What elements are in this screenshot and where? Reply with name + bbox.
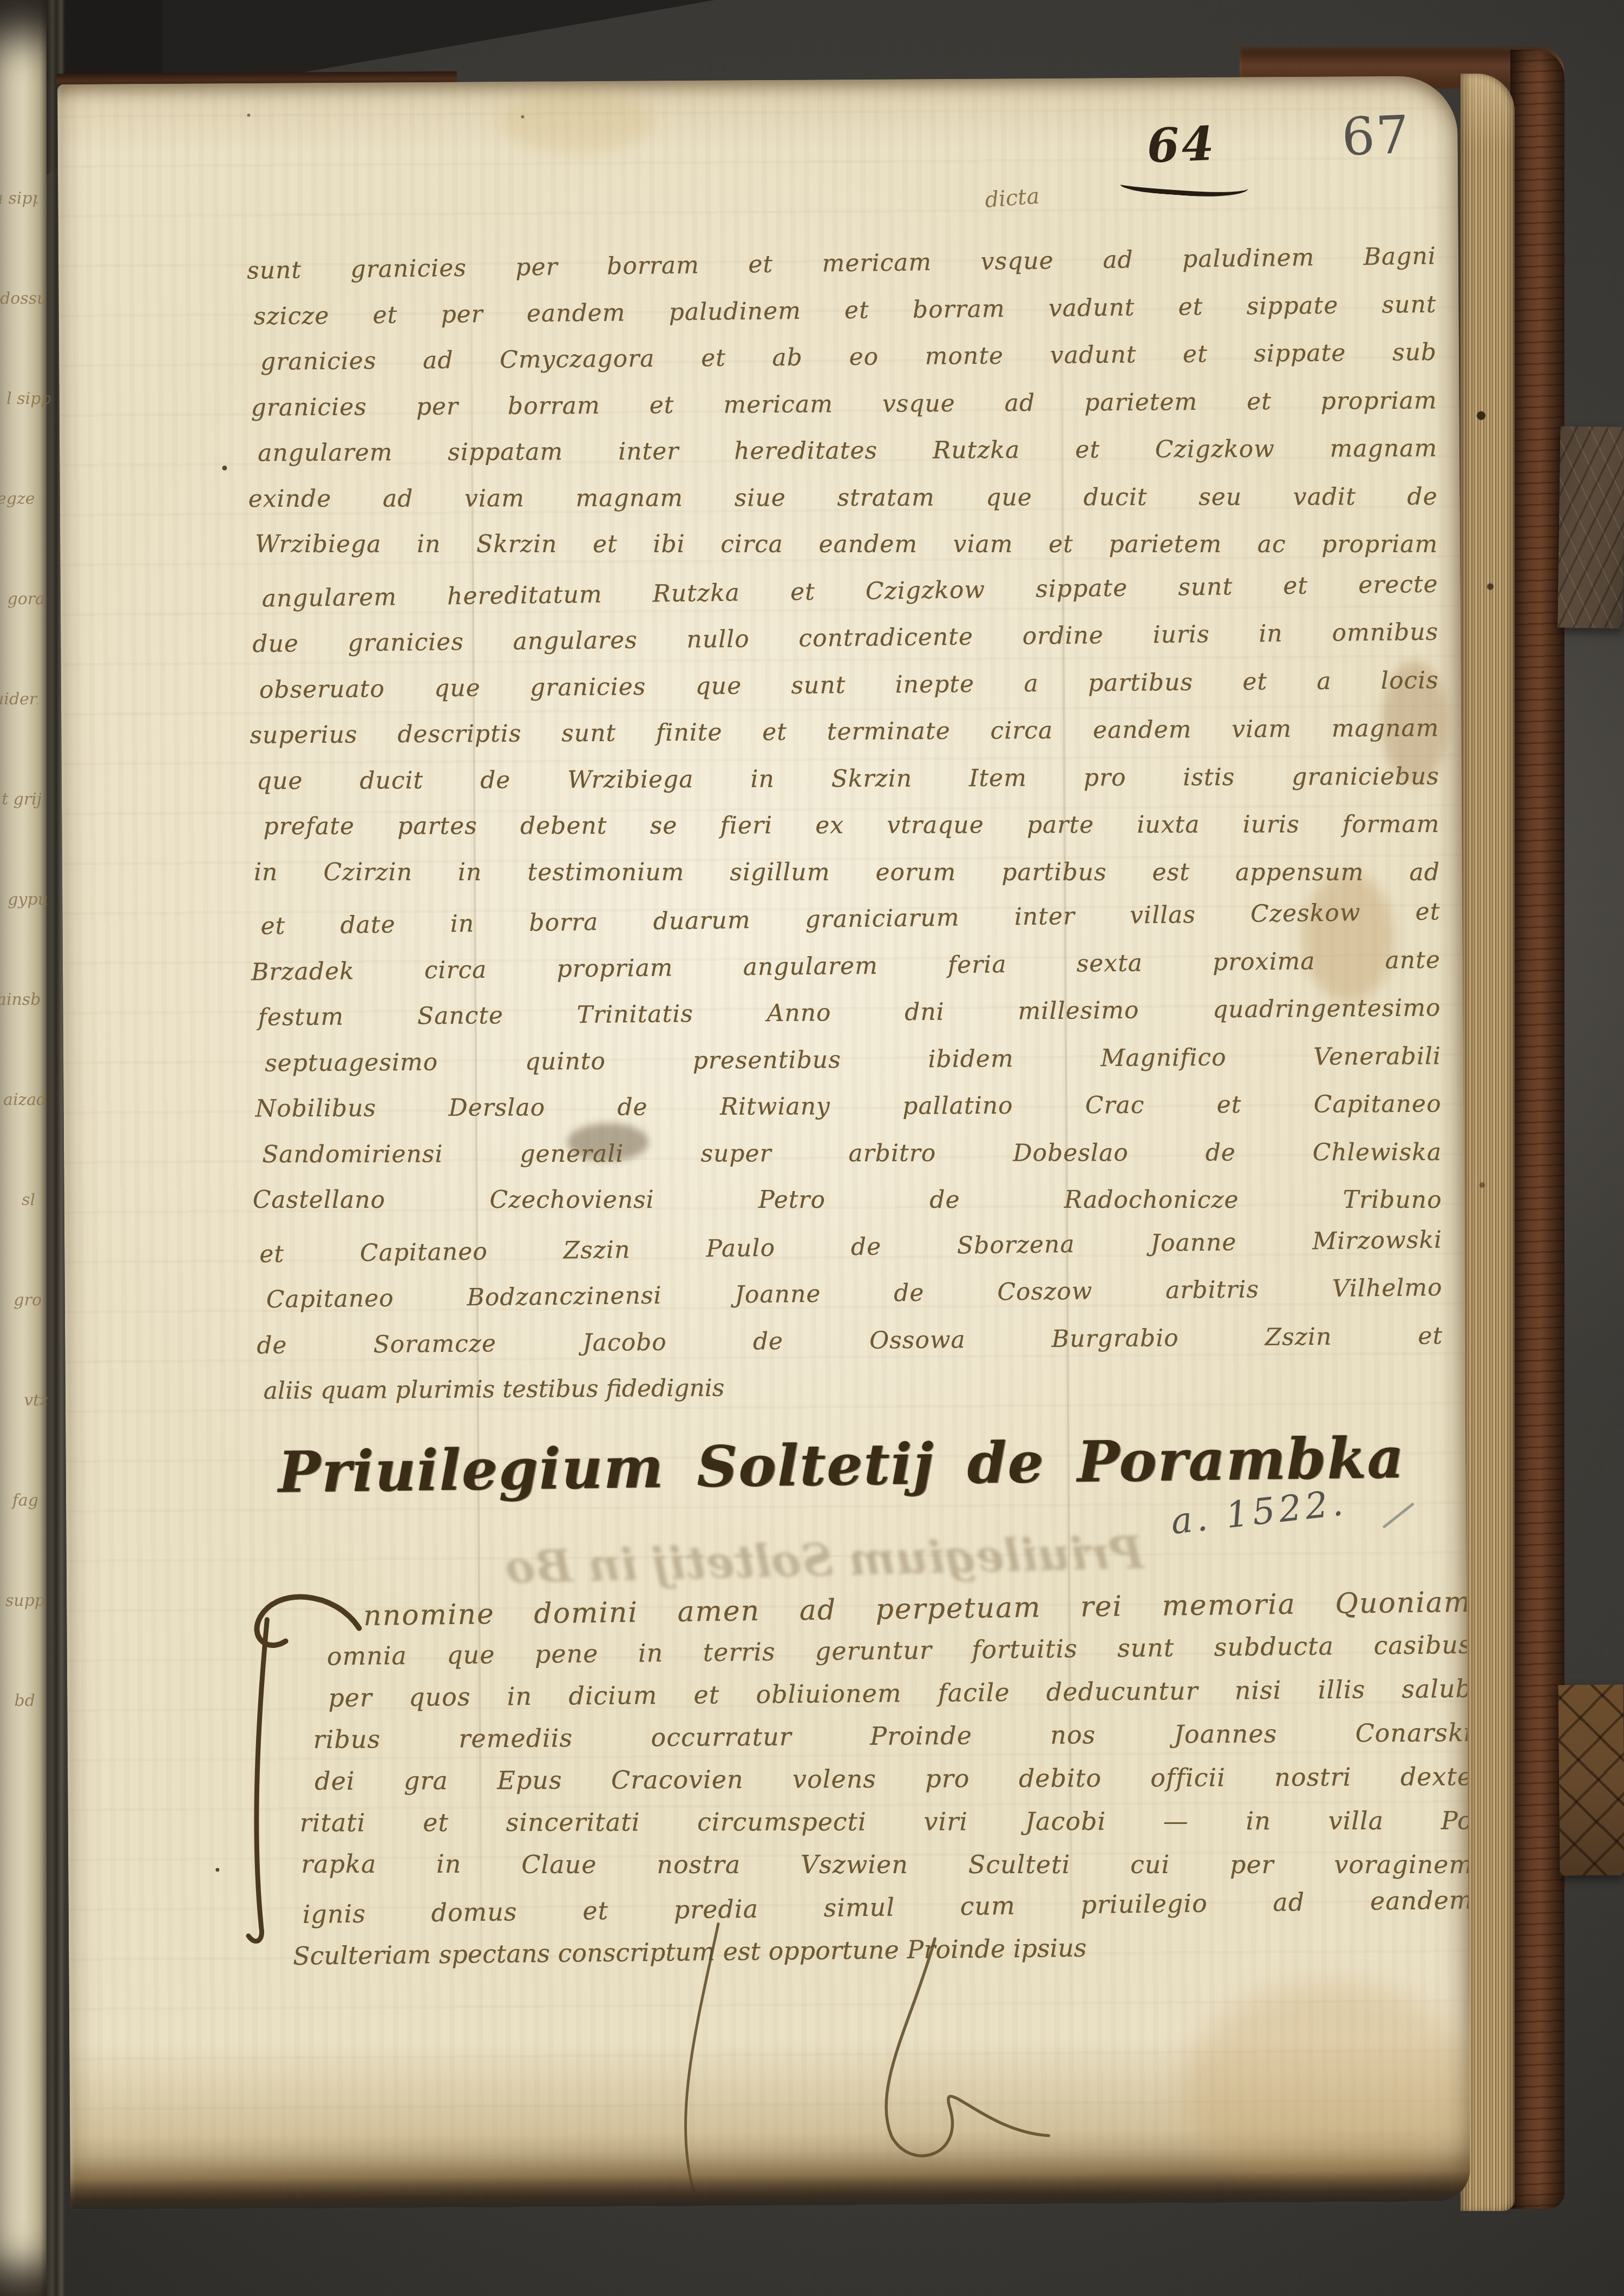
manuscript-line: angularem sippatam inter hereditates Rut…	[258, 437, 1437, 466]
facing-page-fragment: t grij	[0, 790, 44, 809]
manuscript-line: obseruato que granicies que sunt inepte …	[259, 669, 1439, 702]
facing-page-text-fragments: a sippaledossuml sippaleegze thgorauider…	[0, 189, 47, 2030]
facing-page-fragment: gypu	[6, 891, 51, 910]
manuscript-line: Capitaneo Bodzanczinensi Joanne de Coszo…	[266, 1276, 1443, 1312]
manuscript-line: Nobilibus Derslao de Ritwiany pallatino …	[256, 1093, 1442, 1121]
binding-strap-upper	[1557, 426, 1624, 629]
manuscript-line: septuagesimo quinto presentibus ibidem M…	[265, 1044, 1441, 1075]
manuscript-line: granicies per borram et mericam vsque ad…	[251, 389, 1437, 420]
facing-page-fragment: a sippale	[0, 189, 38, 208]
facing-page-fragment: ainsb	[0, 991, 41, 1009]
facing-page-fragment: dossum	[0, 290, 44, 308]
facing-page-fragment: gora	[3, 590, 48, 609]
text-block-boundary-record: sunt granicies per borram et mericam vsq…	[253, 248, 1444, 1479]
manuscript-line: szicze et per eandem paludinem et borram…	[253, 292, 1436, 328]
folio-number-ink: 64	[1146, 116, 1217, 174]
facing-page-fragment: egze th	[0, 490, 41, 508]
digitized-manuscript-photo: a sippaledossuml sippaleegze thgorauider…	[0, 0, 1624, 2296]
facing-page-sliver: a sippaledossuml sippaleegze thgorauider…	[0, 0, 47, 2296]
facing-page-fragment: supp	[3, 1592, 48, 1611]
ink-dot	[222, 466, 227, 470]
manuscript-line: Brzadek circa propriam angularem feria s…	[251, 948, 1440, 984]
manuscript-line: granicies ad Cmyczagora et ab eo monte v…	[260, 341, 1437, 374]
manuscript-line: in Czirzin in testimonium sigillum eorum…	[254, 860, 1440, 884]
manuscript-line: et date in borra duarum graniciarum inte…	[260, 900, 1440, 939]
facing-page-fragment: fag	[0, 1492, 41, 1510]
facing-page-fragment: sl	[0, 1191, 38, 1209]
fore-edge-page-stack	[1461, 74, 1515, 2211]
manuscript-line: aliis quam plurimis testibus fidedignis	[264, 1372, 1443, 1403]
manuscript-line: omnia que pene in terris geruntur fortui…	[327, 1632, 1470, 1669]
catchword-note: dicta	[984, 184, 1040, 213]
manuscript-line: due granicies angulares nullo contradice…	[252, 620, 1438, 657]
facing-page-fragment: l sippale	[6, 390, 51, 408]
facing-page-fragment: vtz	[6, 1391, 51, 1410]
folio-number-pencil: 67	[1340, 104, 1411, 168]
ink-dot	[521, 115, 524, 119]
ink-dot	[247, 114, 250, 117]
facing-page-fragment: bd	[0, 1692, 38, 1710]
leather-cover-right-edge	[1510, 50, 1564, 2209]
manuscript-line: prefate partes debent se fieri ex vtraqu…	[263, 813, 1439, 839]
facing-page-fragment: uiderz	[0, 690, 38, 709]
manuscript-page: 64 67 dicta sunt granicies per borram et…	[57, 76, 1470, 2210]
facing-page-fragment: gro	[0, 1291, 44, 1310]
manuscript-line: ribus remediis occurratur Proinde nos Jo…	[313, 1720, 1470, 1752]
manuscript-line: que ducit de Wrzibiega in Skrzin Item pr…	[257, 764, 1439, 793]
manuscript-line: de Soramcze Jacobo de Ossowa Burgrabio Z…	[257, 1324, 1443, 1358]
manuscript-line: Sandomiriensi generali super arbitro Dob…	[262, 1140, 1442, 1166]
manuscript-line: Wrzibiega in Skrzin et ibi circa eandem …	[255, 533, 1438, 557]
manuscript-line: et Capitaneo Zszin Paulo de Sborzena Joa…	[259, 1228, 1442, 1266]
burnt-bottom-edge	[70, 2150, 1470, 2210]
manuscript-line: angularem hereditatum Rutzka et Czigzkow…	[262, 572, 1438, 611]
manuscript-line: exinde ad viam magnam siue stratam que d…	[248, 485, 1438, 511]
manuscript-line: Castellano Czechoviensi Petro de Radocho…	[253, 1188, 1442, 1212]
binding-strap-lower	[1558, 1684, 1624, 1875]
manuscript-line: ritati et sinceritati circumspecti viri …	[300, 1808, 1470, 1835]
manuscript-line: festum Sancte Trinitatis Anno dni milles…	[258, 996, 1440, 1030]
section-heading: Priuilegium Soltetij de Porambka	[278, 1426, 1253, 1506]
manuscript-line: rapka in Claue nostra Vszwien Sculteti c…	[301, 1852, 1470, 1876]
facing-page-fragment: aizad	[3, 1091, 48, 1109]
manuscript-line: superius descriptis sunt finite et termi…	[250, 716, 1439, 747]
manuscript-line: per quos in dicium et obliuionem facile …	[328, 1676, 1470, 1710]
manuscript-line: dei gra Epus Cracovien volens pro debito…	[315, 1764, 1470, 1794]
